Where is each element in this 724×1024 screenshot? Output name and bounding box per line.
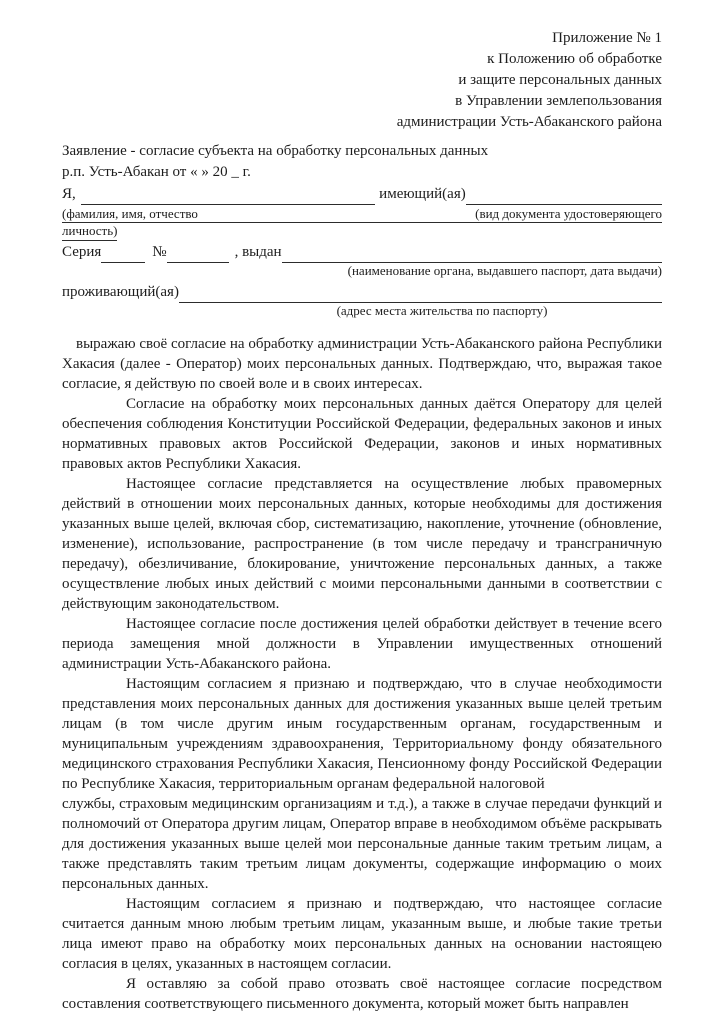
full-name-blank [81,187,375,205]
header-line: Приложение № 1 [62,28,662,49]
residence-row: проживающий(ая) [62,281,662,303]
series-label: Серия [62,242,101,263]
paragraph-consent-duration: Настоящее согласие после достижения целе… [62,614,662,674]
issued-by-hint: (наименование органа, выдавшего паспорт,… [348,263,662,278]
paragraph-withdrawal-right: Я оставляю за собой право отозвать своё … [62,974,662,1014]
document-title: Заявление - согласие субъекта на обработ… [62,141,662,162]
name-hint-row: (фамилия, имя, отчество (вид документа у… [62,205,662,223]
place-date-line: р.п. Усть-Абакан от « » 20 _ г. [62,162,662,183]
number-label: № [152,242,166,263]
paragraph-consent-actions: Настоящее согласие представляется на осу… [62,474,662,614]
paragraph-consent-purpose: Согласие на обработку моих персональных … [62,394,662,474]
residence-label: проживающий(ая) [62,282,179,303]
header-line: администрации Усть-Абаканского района [62,112,662,133]
paragraph-third-parties: Настоящим согласием я признаю и подтверж… [62,674,662,794]
document-type-blank [466,187,662,205]
document-header: Приложение № 1 к Положению об обработке … [62,28,662,133]
paragraph-third-party-rights: Настоящим согласием я признаю и подтверж… [62,894,662,974]
i-label: Я, [62,184,76,205]
doc-type-hint-continued: личность) [62,223,117,241]
doc-type-hint: (вид документа удостоверяющего [475,206,662,222]
issued-label: , выдан [235,242,282,263]
paragraph-third-parties-continued: службы, страховым медицинским организаци… [62,794,662,894]
header-line: к Положению об обработке [62,49,662,70]
having-label: имеющий(ая) [379,184,466,205]
name-row: Я, имеющий(ая) [62,183,662,205]
document-page: Приложение № 1 к Положению об обработке … [0,0,724,1024]
residence-hint-row: (адрес места жительства по паспорту) [62,303,662,321]
residence-blank [179,285,662,303]
header-line: в Управлении землепользования [62,91,662,112]
series-blank [101,245,145,263]
issued-hint-row: (наименование органа, выдавшего паспорт,… [62,263,662,281]
passport-row: Серия № , выдан [62,241,662,263]
fio-hint: (фамилия, имя, отчество [62,206,198,222]
residence-address-hint: (адрес места жительства по паспорту) [337,303,548,318]
doc-type-hint-row-2: личность) [62,223,662,241]
paragraph-consent-intro: выражаю своё согласие на обработку админ… [62,334,662,394]
header-line: и защите персональных данных [62,70,662,91]
number-blank [167,245,229,263]
issued-by-blank [282,245,662,263]
